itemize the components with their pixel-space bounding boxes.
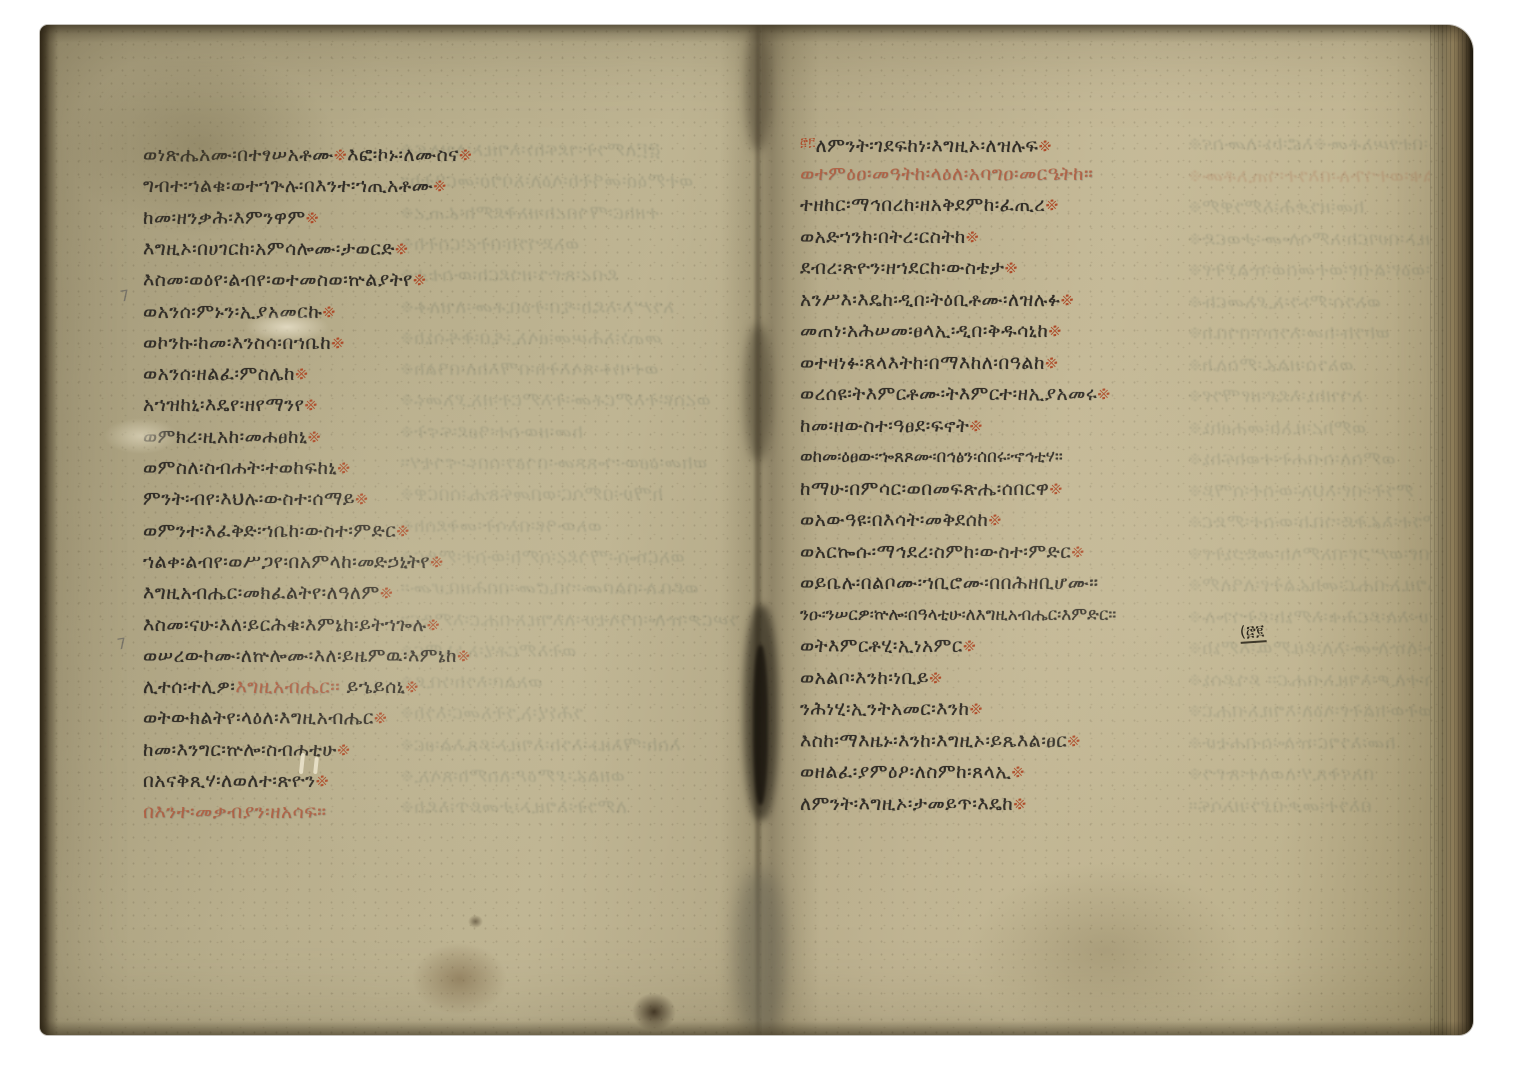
- left-text-line: ግብተ፡ኀልቁ፡ወተኀጕሉ፡በእንተ፡ኀጢአቶሙ፠: [143, 173, 447, 199]
- rubric-text: ፠: [433, 175, 447, 197]
- right-text-line: ደብረ፡ጽዮን፡ዘኀደርከ፡ውስቴታ፠: [800, 255, 1018, 281]
- geez-text: ወምስለ፡ስብሐት፡ተወከፍከኒ: [143, 457, 337, 479]
- geez-text: ንሕነሂ፡ኢንትአመር፡እንከ: [800, 698, 969, 720]
- left-text-line: ወምክረ፡ዚአከ፡መሐፀከኒ፠: [143, 424, 321, 450]
- rubric-text: እግዚአብሔር፡፡: [235, 676, 346, 698]
- rubric-text: ፠: [1038, 135, 1052, 157]
- left-text-line: በእንተ፡መቃብያን፡ዘአሳፍ።: [143, 799, 327, 825]
- page-edge-stack: [1430, 25, 1473, 1035]
- right-text-line: ወረሰዩ፡ትእምርቶሙ፡ትእምርተ፡ዘኢያአመሩ፠: [800, 381, 1111, 407]
- geez-text: ደብረ፡ጽዮን፡ዘኀደርከ፡ውስቴታ: [800, 257, 1005, 279]
- rubric-text: ፠: [304, 394, 318, 416]
- rubric-text: ፠: [1061, 289, 1075, 311]
- right-text-line: ወዘልፈ፡ያምዕዖ፡ለስምከ፡ጸላኢ፠: [800, 759, 1025, 785]
- geez-text: በአናቅጺሃ፡ለወለተ፡ጽዮን: [143, 770, 316, 792]
- rubric-text: ፠: [929, 667, 943, 689]
- rubric-text: ፠: [337, 457, 351, 479]
- rubric-text: ፠: [1049, 478, 1063, 500]
- geez-text: ይኄይሰኒ: [347, 676, 406, 698]
- right-text-line: ለምንት፡እግዚኦ፡ታመይጥ፡እዴከ፠: [800, 791, 1027, 817]
- right-text-line: ከማሁ፡በምሳር፡ወበመፍጽሔ፡ሰበርዋ፠: [800, 476, 1063, 502]
- left-text-line: እግዚአብሔር፡መክፈልትየ፡ለዓለም፠: [143, 580, 393, 606]
- rubric-text: ፠: [1045, 194, 1059, 216]
- gutter-shadow-middle: [745, 325, 771, 460]
- rubric-text: ፠: [396, 520, 410, 542]
- geez-text: ወሠረውኮሙ፡ለኵሎሙ፡እለ፡ይዜምዉ፡እምኔከ: [143, 645, 457, 667]
- rubric-text: ፠: [306, 207, 320, 229]
- right-text-line: መጠነ፡አሕሠመ፡ፀላኢ፡ዲበ፡ቅዱሳኒከ፠: [800, 318, 1062, 344]
- left-text-line: ወአንሰ፡ዘልፈ፡ምስሌከ፠: [143, 361, 309, 387]
- rubric-text: ፠: [308, 426, 322, 448]
- left-text-line: ወትውክልትየ፡ላዕለ፡እግዚአብሔር፠: [143, 705, 387, 731]
- rubric-text: ፠: [1011, 761, 1025, 783]
- geez-text: እስከ፡ማእዜኑ፡እንከ፡እግዚኦ፡ይጼእል፡ፀር: [800, 730, 1067, 752]
- rubric-text: ፠: [295, 363, 309, 385]
- geez-text: ወአድኀንከ፡በትረ፡ርስትከ: [800, 226, 966, 248]
- right-text-line: ወአውዓዩ፡በእሳት፡መቅደሰከ፠: [800, 507, 1002, 533]
- rubric-text: ፠: [457, 645, 471, 667]
- left-text-line: ከመ፡እንግር፡ኵሎ፡ስብሐቲሁ፠: [143, 737, 350, 763]
- left-text-line: እግዚኦ፡በሀገርከ፡አምሳሎሙ፡ታወርድ፠: [143, 236, 408, 262]
- right-text-line: ከመ፡ዘውስተ፡ዓፀደ፡ፍኖት፠: [800, 413, 983, 439]
- geez-text: ግብተ፡ኀልቁ፡ወተኀጕሉ፡በእንተ፡ኀጢአቶሙ: [143, 175, 433, 197]
- geez-text: ከመ፡ዘንቃሕ፡እምንዋም: [143, 207, 306, 229]
- rubric-text: ፠: [337, 739, 351, 761]
- geez-text: ወምክረ፡ዚአከ፡መሐፀከኒ: [143, 426, 308, 448]
- rubric-text: ፠: [355, 488, 369, 510]
- geez-text: ወኮንኩ፡ከመ፡እንስሳ፡በኀቤከ: [143, 332, 331, 354]
- geez-text: እግዚአብሔር፡መክፈልትየ፡ለዓለም: [143, 582, 380, 604]
- rubric-text: ፠: [1071, 541, 1085, 563]
- right-text-line: ፸፫ለምንት፡ገደፍከነ፡እግዚኦ፡ለዝሉፍ፠: [800, 129, 1052, 159]
- right-text-line: ወአልቦ፡እንከ፡ነቢይ፠: [800, 665, 943, 691]
- geez-text: ወአልቦ፡እንከ፡ነቢይ: [800, 667, 929, 689]
- cover-edge-left: [40, 25, 57, 1035]
- rubric-text: ፠: [316, 770, 330, 792]
- rubric-text: ፠: [322, 301, 336, 323]
- rubric-text: ፠: [1013, 793, 1027, 815]
- geez-text: መጠነ፡አሕሠመ፡ፀላኢ፡ዲበ፡ቅዱሳኒከ: [800, 320, 1048, 342]
- left-text-line: ኀልቀ፡ልብየ፡ወሥጋየ፡በአምላከ፡መድኃኒትየ፠: [143, 549, 444, 575]
- rubric-text: ፠: [1067, 730, 1081, 752]
- rubric-text: ፠: [374, 707, 388, 729]
- geez-text: ከማሁ፡በምሳር፡ወበመፍጽሔ፡ሰበርዋ: [800, 478, 1049, 500]
- left-text-line: ወአንሰ፡ምኑን፡ኢያአመርኩ፠: [143, 299, 336, 325]
- geez-text: እግዚኦ፡በሀገርከ፡አምሳሎሙ፡ታወርድ: [143, 238, 395, 260]
- rubric-text: ፠: [413, 269, 427, 291]
- geez-text: እስመ፡ወዕየ፡ልብየ፡ወተመስወ፡ኵልያትየ: [143, 269, 413, 291]
- geez-text: ወትውክልትየ፡ላዕለ፡እግዚአብሔር: [143, 707, 374, 729]
- rubric-text: ፠: [1097, 383, 1111, 405]
- geez-text: ተዘከር፡ማኅበረከ፡ዘአቅደምከ፡ፈጢረ: [800, 194, 1045, 216]
- geez-text: ኀልቀ፡ልብየ፡ወሥጋየ፡በአምላከ፡መድኃኒትየ: [143, 551, 430, 573]
- geez-text: ወአንሰ፡ምኑን፡ኢያአመርኩ: [143, 301, 322, 323]
- rubric-text: ፠: [459, 144, 473, 166]
- geez-text: ወከመ፡ዕፀው፡ኈጸጾሙ፡በኅፅን፡ሰበሩ፡ኆኅቲሃ: [800, 447, 1055, 467]
- geez-text: ወይቤሉ፡በልቦሙ፡ኀቢሮሙ፡በበሕዘቢሆሙ: [800, 572, 1089, 594]
- right-text-line: አንሥእ፡እዴከ፡ዲበ፡ትዕቢቶሙ፡ለዝሉፉ፠: [800, 287, 1074, 313]
- right-text-line: ወአርኰሱ፡ማኅደረ፡ስምከ፡ውስተ፡ምድር፠: [800, 539, 1085, 565]
- right-text-line: ወተምዕዐ፡መዓትከ፡ላዕለ፡አባግዐ፡መርዔትከ።: [800, 161, 1093, 187]
- rubric-text: ፠: [395, 238, 409, 260]
- right-text-line: ተዘከር፡ማኅበረከ፡ዘአቅደምከ፡ፈጢረ፠: [800, 192, 1059, 218]
- geez-text: ምንት፡ብየ፡እህሉ፡ውስተ፡ሰማይ: [143, 488, 355, 510]
- rubric-text: ፠: [1048, 320, 1062, 342]
- geez-text: ።: [1089, 572, 1098, 594]
- rubric-text: ፠: [969, 415, 983, 437]
- right-text-line: እስከ፡ማእዜኑ፡እንከ፡እግዚኦ፡ይጼእል፡ፀር፠: [800, 728, 1081, 754]
- left-text-line: ምንት፡ብየ፡እህሉ፡ውስተ፡ሰማይ፠: [143, 486, 369, 512]
- rubric-text: ፠: [966, 226, 980, 248]
- rubric-text: በእንተ፡መቃብያን፡ዘአሳፍ።: [143, 801, 327, 823]
- left-text-line: እስመ፡ወዕየ፡ልብየ፡ወተመስወ፡ኵልያትየ፠: [143, 267, 426, 293]
- geez-text: ከመ፡ዘውስተ፡ዓፀደ፡ፍኖት: [800, 415, 969, 437]
- geez-text: ለምንት፡ገደፍከነ፡እግዚኦ፡ለዝሉፍ: [816, 135, 1039, 157]
- geez-text: እፎ፡ኮኑ፡ለሙስና: [347, 144, 459, 166]
- right-text-line: ንሕነሂ፡ኢንትአመር፡እንከ፠: [800, 696, 983, 722]
- right-text-line: ወአድኀንከ፡በትረ፡ርስትከ፠: [800, 224, 979, 250]
- geez-text: ወምንተ፡እፈቅድ፡ኀቤከ፡ውስተ፡ምድር: [143, 520, 396, 542]
- geez-text: ወነጽሔአሙ፡በተፃሠአቶሙ: [143, 144, 334, 166]
- geez-text: አንሥእ፡እዴከ፡ዲበ፡ትዕቢቶሙ፡ለዝሉፉ: [800, 289, 1061, 311]
- left-text-line: ከመ፡ዘንቃሕ፡እምንዋም፠: [143, 205, 319, 231]
- rubric-text: ፠: [963, 635, 977, 657]
- photo-stage: ፸፫ለምንት፡ገደፍከነ፡እግዚኦ፡ለዝሉፍ፠ወተምዕዐ፡መዓትከ፡ላዕለ፡አባ…: [0, 0, 1515, 1071]
- geez-text: ወረሰዩ፡ትእምርቶሙ፡ትእምርተ፡ዘኢያአመሩ: [800, 383, 1097, 405]
- left-text-line: እስመ፡ናሁ፡እለ፡ይርሕቁ፡እምኔከ፡ይትኀጐሉ፠: [143, 612, 440, 638]
- gutter-shadow-top: [746, 25, 770, 150]
- right-text-line: ወትእምርቶሂ፡ኢነአምር፠: [800, 633, 976, 659]
- right-text-line: ወተዛነፉ፡ጸላእትከ፡በማእከለ፡በዓልከ፠: [800, 350, 1058, 376]
- left-text-line: ወምስለ፡ስብሐት፡ተወከፍከኒ፠: [143, 455, 351, 481]
- rubric-text: ፠: [427, 614, 441, 636]
- gutter-shadow-core: [753, 645, 768, 805]
- geez-text: ወአንሰ፡ዘልፈ፡ምስሌከ: [143, 363, 295, 385]
- geez-text: ወአውዓዩ፡በእሳት፡መቅደሰከ: [800, 509, 988, 531]
- rubric-text: ፠: [969, 698, 983, 720]
- geez-text: ከመ፡እንግር፡ኵሎ፡ስብሐቲሁ: [143, 739, 337, 761]
- right-text-line: ወከመ፡ዕፀው፡ኈጸጾሙ፡በኅፅን፡ሰበሩ፡ኆኅቲሃ።: [800, 444, 1063, 470]
- rubric-text: ፠: [331, 332, 345, 354]
- rubric-text: ፠: [334, 144, 348, 166]
- left-text-line: ወኮንኩ፡ከመ፡እንስሳ፡በኀቤከ፠: [143, 330, 345, 356]
- manuscript-photo: ፸፫ለምንት፡ገደፍከነ፡እግዚኦ፡ለዝሉፍ፠ወተምዕዐ፡መዓትከ፡ላዕለ፡አባ…: [40, 25, 1473, 1035]
- geez-text: እስመ፡ናሁ፡እለ፡ይርሕቁ፡እምኔከ፡ይትኀጐሉ: [143, 614, 427, 636]
- left-text-line: ወሠረውኮሙ፡ለኵሎሙ፡እለ፡ይዜምዉ፡እምኔከ፠: [143, 643, 470, 669]
- rubric-text: ፠: [1005, 257, 1019, 279]
- margin-annotation: (፸፪: [1239, 621, 1266, 644]
- left-text-line: አኀዝከኒ፡እዴየ፡ዘየማንየ፠: [143, 392, 318, 418]
- geez-text: ወትእምርቶሂ፡ኢነአምር: [800, 635, 963, 657]
- geez-text: ።: [1108, 605, 1116, 625]
- left-text-line: ወምንተ፡እፈቅድ፡ኀቤከ፡ውስተ፡ምድር፠: [143, 518, 410, 544]
- rubric-text: ፠: [380, 582, 394, 604]
- geez-text: ሊተሰ፡ተሊዎ፡: [143, 676, 235, 698]
- rubric-text: ፠: [430, 551, 444, 573]
- rubric-text: ፠: [405, 676, 419, 698]
- geez-text: ለምንት፡እግዚኦ፡ታመይጥ፡እዴከ: [800, 793, 1013, 815]
- rubric-text: ፠: [1045, 352, 1059, 374]
- geez-text: ።: [1055, 447, 1063, 467]
- rubric-text: ወተምዕዐ፡መዓትከ፡ላዕለ፡አባግዐ፡መርዔትከ።: [800, 163, 1093, 185]
- gutter-smudge-bottom: [736, 870, 784, 1035]
- right-text-line: ንዑ፡ንሠርዎ፡ኵሎ፡በዓላቲሁ፡ለእግዚአብሔር፡እምድር።: [800, 602, 1116, 628]
- geez-text: ወተዛነፉ፡ጸላእትከ፡በማእከለ፡በዓልከ: [800, 352, 1045, 374]
- geez-text: ንዑ፡ንሠርዎ፡ኵሎ፡በዓላቲሁ፡ለእግዚአብሔር፡እምድር: [800, 605, 1108, 625]
- geez-text: አኀዝከኒ፡እዴየ፡ዘየማንየ: [143, 394, 304, 416]
- left-text-line: ወነጽሔአሙ፡በተፃሠአቶሙ፠እፎ፡ኮኑ፡ለሙስና፠: [143, 142, 472, 168]
- geez-text: ወዘልፈ፡ያምዕዖ፡ለስምከ፡ጸላኢ: [800, 761, 1011, 783]
- right-text-line: ወይቤሉ፡በልቦሙ፡ኀቢሮሙ፡በበሕዘቢሆሙ።: [800, 570, 1099, 596]
- left-text-line: ሊተሰ፡ተሊዎ፡እግዚአብሔር፡፡ ይኄይሰኒ፠: [143, 674, 419, 700]
- geez-text: ወአርኰሱ፡ማኅደረ፡ስምከ፡ውስተ፡ምድር: [800, 541, 1071, 563]
- rubric-text: ፸፫: [800, 135, 816, 149]
- rubric-text: ፠: [988, 509, 1002, 531]
